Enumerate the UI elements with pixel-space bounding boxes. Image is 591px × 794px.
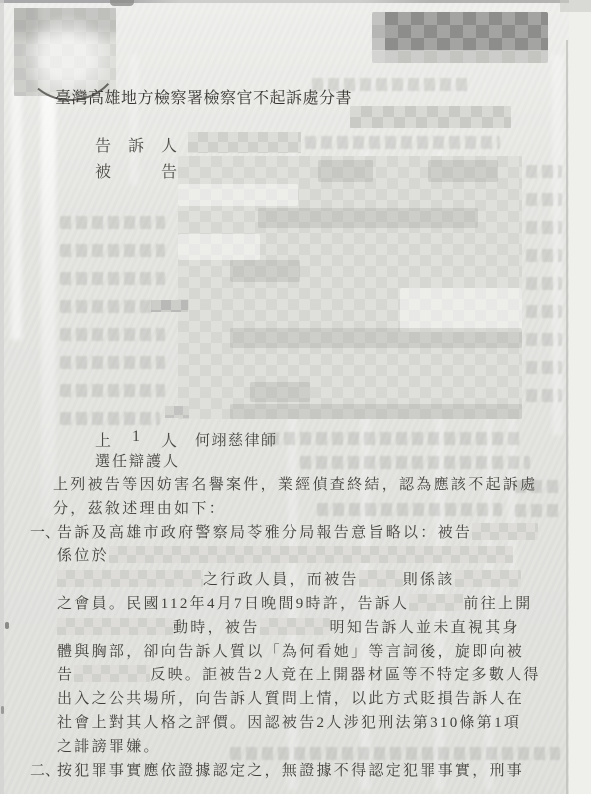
redacted-text-inline <box>455 570 521 587</box>
bleed-through-text <box>60 356 165 369</box>
bleed-through-text <box>300 456 530 469</box>
bleed-through-text <box>526 165 562 178</box>
redacted-complainant-name <box>188 132 301 153</box>
mosaic-fragment <box>151 300 188 312</box>
body-text-segment: 社會上對其人格之評價。因認被告2人涉犯刑法第310條第1項 <box>57 715 521 731</box>
body-text-segment: 告 <box>57 667 74 683</box>
body-line: 動時，被告明知告訴人並未直視其身 <box>30 617 542 641</box>
bleed-through-text <box>60 272 165 285</box>
redacted-document-number-mosaic <box>372 12 548 63</box>
scan-speck <box>1 706 4 714</box>
scanned-document-page: 臺灣高雄地方檢察署檢察官不起訴處分書 告 訴 人 被 告 上 1 人 何翊慈律師… <box>0 0 591 794</box>
bleed-through-text <box>526 361 562 374</box>
body-text-segment: 則係該 <box>403 572 455 588</box>
body-line: 二、按犯罪事實應依證據認定之，無證據不得認定犯罪事實，刑事 <box>30 760 542 784</box>
label-char: 1 <box>132 428 140 451</box>
page-fold-line <box>566 40 568 794</box>
redacted-text-inline <box>409 594 463 611</box>
redacted-text-inline <box>57 570 203 587</box>
mosaic-patch <box>230 328 522 348</box>
bleed-through-text <box>305 136 500 149</box>
bleed-through-text <box>268 432 523 445</box>
body-line: 係位於 <box>30 545 542 569</box>
counsel-name: 何翊慈律師 <box>195 429 278 450</box>
body-text-segment: 分，茲敘述理由如下： <box>53 501 226 517</box>
body-text-segment: 按犯罪事實應依證據認定之，無證據不得認定犯罪事實，刑事 <box>57 763 524 779</box>
bleed-through-text <box>526 389 562 402</box>
redacted-text-inline <box>260 618 330 635</box>
body-line: 社會上對其人格之評價。因認被告2人涉犯刑法第310條第1項 <box>30 712 542 736</box>
body-line: 之會員。民國112年4月7日晚間9時許，告訴人前往上開 <box>30 593 542 617</box>
bleed-through-text <box>60 216 165 229</box>
scanner-streak <box>552 55 563 435</box>
page-fold-margin <box>569 0 591 794</box>
body-text-segment: 之誹謗罪嫌。 <box>57 739 161 755</box>
bleed-through-text <box>60 412 160 425</box>
mosaic-patch <box>230 404 522 419</box>
complainant-row: 告 訴 人 <box>95 134 177 155</box>
mosaic-shading <box>372 12 385 63</box>
mosaic-shading <box>372 50 548 63</box>
mosaic-patch <box>178 234 260 260</box>
label-char: 人 <box>161 133 177 156</box>
bleed-through-text <box>526 221 562 234</box>
bleed-through-text <box>526 277 562 290</box>
mosaic-patch <box>230 260 300 282</box>
body-line: 分，茲敘述理由如下： <box>30 498 542 522</box>
label-char: 告 <box>161 159 177 182</box>
mosaic-patch <box>178 184 298 206</box>
redacted-text-inline <box>74 665 150 682</box>
label-char: 上 <box>95 428 111 451</box>
body-line: 之行政人員，而被告則係該 <box>30 569 542 593</box>
body-text-segment: 之會員。民國112年4月7日晚間9時許，告訴人 <box>57 596 409 612</box>
mosaic-patch <box>258 208 478 228</box>
body-text-segment: 明知告訴人並未直視其身 <box>330 620 520 636</box>
scanner-streak <box>11 85 22 340</box>
mosaic-patch <box>400 288 522 332</box>
scan-edge-left <box>0 0 4 794</box>
body-text-segment: 體與胸部，卻向告訴人質以「為何看她」等言詞後，旋即向被 <box>57 644 524 660</box>
defendant-label: 被 告 <box>95 159 177 182</box>
label-char: 被 <box>95 159 111 182</box>
body-text: 上列被告等因妨害名譽案件，業經偵查終結，認為應該不起訴處分，茲敘述理由如下：一、… <box>30 474 542 783</box>
bleed-through-text <box>526 193 562 206</box>
bleed-through-text <box>526 249 562 262</box>
counsel-count-label: 上 1 人 <box>95 428 177 451</box>
redacted-text-inline <box>472 523 538 540</box>
body-text-segment: 反映。詎被告2人竟在上開器材區等不特定多數人得 <box>150 667 540 683</box>
body-line: 上列被告等因妨害名譽案件，業經偵查終結，認為應該不起訴處 <box>30 474 542 498</box>
mosaic-patch <box>250 382 310 402</box>
mosaic-patch <box>318 160 373 182</box>
redacted-defendant-info-mosaic <box>178 156 522 419</box>
document-title: 臺灣高雄地方檢察署檢察官不起訴處分書 <box>55 85 352 108</box>
body-text-segment: 出入之公共場所，向告訴人質問上情，以此方式貶損告訴人在 <box>57 691 524 707</box>
bleed-through-text <box>60 384 165 397</box>
scan-edge-top <box>0 0 591 3</box>
mosaic-patch <box>428 160 498 182</box>
bleed-through-text <box>60 328 165 341</box>
bleed-through-text <box>60 244 165 257</box>
label-char: 告 <box>95 133 111 156</box>
item-number-marker: 一、 <box>30 522 57 546</box>
scan-edge-nub <box>110 0 134 6</box>
redacted-text-inline <box>359 570 403 587</box>
body-text-segment: 之行政人員，而被告 <box>203 572 359 588</box>
body-line: 出入之公共場所，向告訴人質問上情，以此方式貶損告訴人在 <box>30 688 542 712</box>
body-line: 體與胸部，卻向告訴人質以「為何看她」等言詞後，旋即向被 <box>30 641 542 665</box>
body-text-segment: 前往上開 <box>463 596 532 612</box>
redacted-case-number-mosaic <box>350 106 511 128</box>
redacted-text-inline <box>57 618 173 635</box>
bleed-through-text <box>60 300 155 313</box>
mosaic-fragment <box>165 406 189 418</box>
counsel-count-row: 上 1 人 何翊慈律師 <box>95 429 278 450</box>
body-text-segment: 係位於 <box>57 548 109 564</box>
scan-speck <box>5 622 9 629</box>
body-line: 告反映。詎被告2人竟在上開器材區等不特定多數人得 <box>30 664 542 688</box>
item-number-marker: 二、 <box>30 760 57 784</box>
scanner-streak <box>41 78 56 518</box>
body-line: 一、告訴及高雄市政府警察局苓雅分局報告意旨略以：被告 <box>30 522 542 546</box>
body-text-segment: 上列被告等因妨害名譽案件，業經偵查終結，認為應該不起訴處 <box>53 477 537 493</box>
label-char: 訴 <box>128 133 144 156</box>
complainant-label: 告 訴 人 <box>95 133 177 156</box>
scan-corner-shadow <box>560 0 591 12</box>
body-line: 之誹謗罪嫌。 <box>30 736 542 760</box>
body-text-segment: 動時，被告 <box>173 620 260 636</box>
redacted-text-inline <box>109 546 513 563</box>
label-char: 人 <box>161 428 177 451</box>
defendant-row: 被 告 <box>95 160 177 181</box>
counsel-label: 選任辯護人 <box>95 450 180 471</box>
bleed-through-text <box>526 333 562 346</box>
body-text-segment: 告訴及高雄市政府警察局苓雅分局報告意旨略以：被告 <box>57 525 472 541</box>
bleed-through-text <box>526 305 562 318</box>
